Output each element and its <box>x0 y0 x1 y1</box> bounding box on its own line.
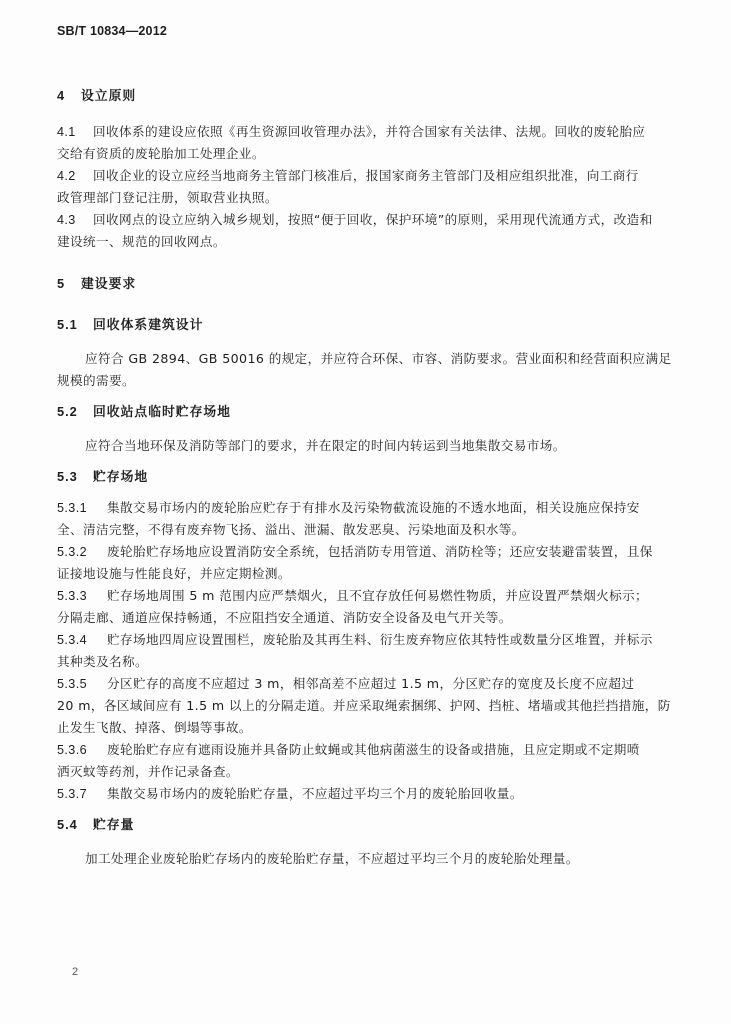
subsection-title: 回收体系建筑设计 <box>93 318 203 333</box>
section-number: 5 <box>57 276 81 291</box>
clause-number: 4.3 <box>57 213 93 227</box>
clause-4-1-line2: 交给有资质的废轮胎加工处理企业。 <box>57 143 687 162</box>
clause-text: 废轮胎贮存场地应设置消防安全系统，包括消防专用管道、消防栓等；还应安装避雷装置，… <box>107 544 653 559</box>
subsection-title: 回收站点临时贮存场地 <box>93 405 231 420</box>
clause-5-3-2-line1: 5.3.2废轮胎贮存场地应设置消防安全系统，包括消防专用管道、消防栓等；还应安装… <box>57 541 687 560</box>
clause-number: 5.3.4 <box>57 633 107 647</box>
clause-text: 分区贮存的高度不应超过 3 m，相邻高差不应超过 1.5 m，分区贮存的宽度及长… <box>107 676 634 691</box>
subsection-heading-5-4: 5.4贮存量 <box>57 814 687 833</box>
clause-5-3-5-line3: 止发生飞散、掉落、倒塌等事故。 <box>57 717 687 736</box>
clause-text: 回收体系的建设应依照《再生资源回收管理办法》，并符合国家有关法律、法规。回收的废… <box>93 124 645 139</box>
clause-text: 回收企业的设立应经当地商务主管部门核准后，报国家商务主管部门及相应组织批准，向工… <box>93 168 639 183</box>
clause-number: 5.3.5 <box>57 677 107 691</box>
clause-4-2-line1: 4.2回收企业的设立应经当地商务主管部门核准后，报国家商务主管部门及相应组织批准… <box>57 165 687 184</box>
subsection-number: 5.2 <box>57 404 93 419</box>
clause-number: 4.2 <box>57 169 93 183</box>
section-number: 4 <box>57 88 81 103</box>
clause-5-3-3-line2: 分隔走廊、通道应保持畅通，不应阻挡安全通道、消防安全设备及电气开关等。 <box>57 607 687 626</box>
clause-4-1-line1: 4.1回收体系的建设应依照《再生资源回收管理办法》，并符合国家有关法律、法规。回… <box>57 121 687 140</box>
para-5-1-line1: 应符合 GB 2894、GB 50016 的规定，并应符合环保、市容、消防要求。… <box>85 348 715 367</box>
clause-text: 回收网点的设立应纳入城乡规划，按照“便于回收，保护环境”的原则，采用现代流通方式… <box>93 212 653 227</box>
para-5-2-line1: 应符合当地环保及消防等部门的要求，并在限定的时间内转运到当地集散交易市场。 <box>85 435 715 454</box>
clause-4-3-line2: 建设统一、规范的回收网点。 <box>57 231 687 250</box>
clause-number: 5.3.7 <box>57 787 107 801</box>
subsection-number: 5.3 <box>57 469 93 484</box>
section-heading-4: 4设立原则 <box>57 85 687 104</box>
standard-code-header: SB/T 10834—2012 <box>57 24 167 38</box>
clause-number: 4.1 <box>57 125 93 139</box>
section-title: 建设要求 <box>81 277 136 292</box>
subsection-number: 5.1 <box>57 317 93 332</box>
subsection-title: 贮存场地 <box>93 470 148 485</box>
subsection-heading-5-1: 5.1回收体系建筑设计 <box>57 314 687 333</box>
clause-5-3-5-line2: 20 m，各区域间应有 1.5 m 以上的分隔走道。并应采取绳索捆绑、护网、挡桩… <box>57 695 687 714</box>
clause-text: 贮存场地周围 5 m 范围内应严禁烟火，且不宜存放任何易燃性物质，并应设置严禁烟… <box>107 588 648 603</box>
clause-number: 5.3.6 <box>57 743 107 757</box>
clause-number: 5.3.3 <box>57 589 107 603</box>
clause-5-3-6-line1: 5.3.6废轮胎贮存应有遮雨设施并具备防止蚊蝇或其他病菌滋生的设备或措施，且应定… <box>57 739 687 758</box>
clause-5-3-4-line2: 其种类及名称。 <box>57 651 687 670</box>
clause-5-3-1-line2: 全、清洁完整，不得有废弃物飞扬、溢出、泄漏、散发恶臭、污染地面及积水等。 <box>57 519 687 538</box>
clause-5-3-2-line2: 证接地设施与性能良好，并应定期检测。 <box>57 563 687 582</box>
subsection-number: 5.4 <box>57 817 93 832</box>
clause-number: 5.3.2 <box>57 545 107 559</box>
clause-5-3-7-line1: 5.3.7集散交易市场内的废轮胎贮存量，不应超过平均三个月的废轮胎回收量。 <box>57 783 687 802</box>
document-page: SB/T 10834—2012 4设立原则 4.1回收体系的建设应依照《再生资源… <box>0 0 731 1024</box>
clause-5-3-5-line1: 5.3.5分区贮存的高度不应超过 3 m，相邻高差不应超过 1.5 m，分区贮存… <box>57 673 687 692</box>
clause-text: 集散交易市场内的废轮胎贮存量，不应超过平均三个月的废轮胎回收量。 <box>107 786 523 801</box>
page-number: 2 <box>72 966 78 978</box>
section-title: 设立原则 <box>81 89 136 104</box>
clause-text: 废轮胎贮存应有遮雨设施并具备防止蚊蝇或其他病菌滋生的设备或措施，且应定期或不定期… <box>107 742 640 757</box>
subsection-heading-5-3: 5.3贮存场地 <box>57 466 687 485</box>
para-5-4-line1: 加工处理企业废轮胎贮存场内的废轮胎贮存量，不应超过平均三个月的废轮胎处理量。 <box>85 848 715 867</box>
section-heading-5: 5建设要求 <box>57 273 687 292</box>
subsection-heading-5-2: 5.2回收站点临时贮存场地 <box>57 401 687 420</box>
clause-text: 贮存场地四周应设置围栏，废轮胎及其再生料、衍生废弃物应依其特性或数量分区堆置，并… <box>107 632 653 647</box>
clause-5-3-1-line1: 5.3.1集散交易市场内的废轮胎应贮存于有排水及污染物截流设施的不透水地面，相关… <box>57 497 687 516</box>
clause-5-3-6-line2: 洒灭蚊等药剂，并作记录备查。 <box>57 761 687 780</box>
clause-number: 5.3.1 <box>57 501 107 515</box>
subsection-title: 贮存量 <box>93 818 134 833</box>
clause-4-3-line1: 4.3回收网点的设立应纳入城乡规划，按照“便于回收，保护环境”的原则，采用现代流… <box>57 209 687 228</box>
clause-5-3-3-line1: 5.3.3贮存场地周围 5 m 范围内应严禁烟火，且不宜存放任何易燃性物质，并应… <box>57 585 687 604</box>
clause-4-2-line2: 政管理部门登记注册，领取营业执照。 <box>57 187 687 206</box>
clause-5-3-4-line1: 5.3.4贮存场地四周应设置围栏，废轮胎及其再生料、衍生废弃物应依其特性或数量分… <box>57 629 687 648</box>
para-5-1-line2: 规模的需要。 <box>57 370 687 389</box>
clause-text: 集散交易市场内的废轮胎应贮存于有排水及污染物截流设施的不透水地面，相关设施应保持… <box>107 500 640 515</box>
